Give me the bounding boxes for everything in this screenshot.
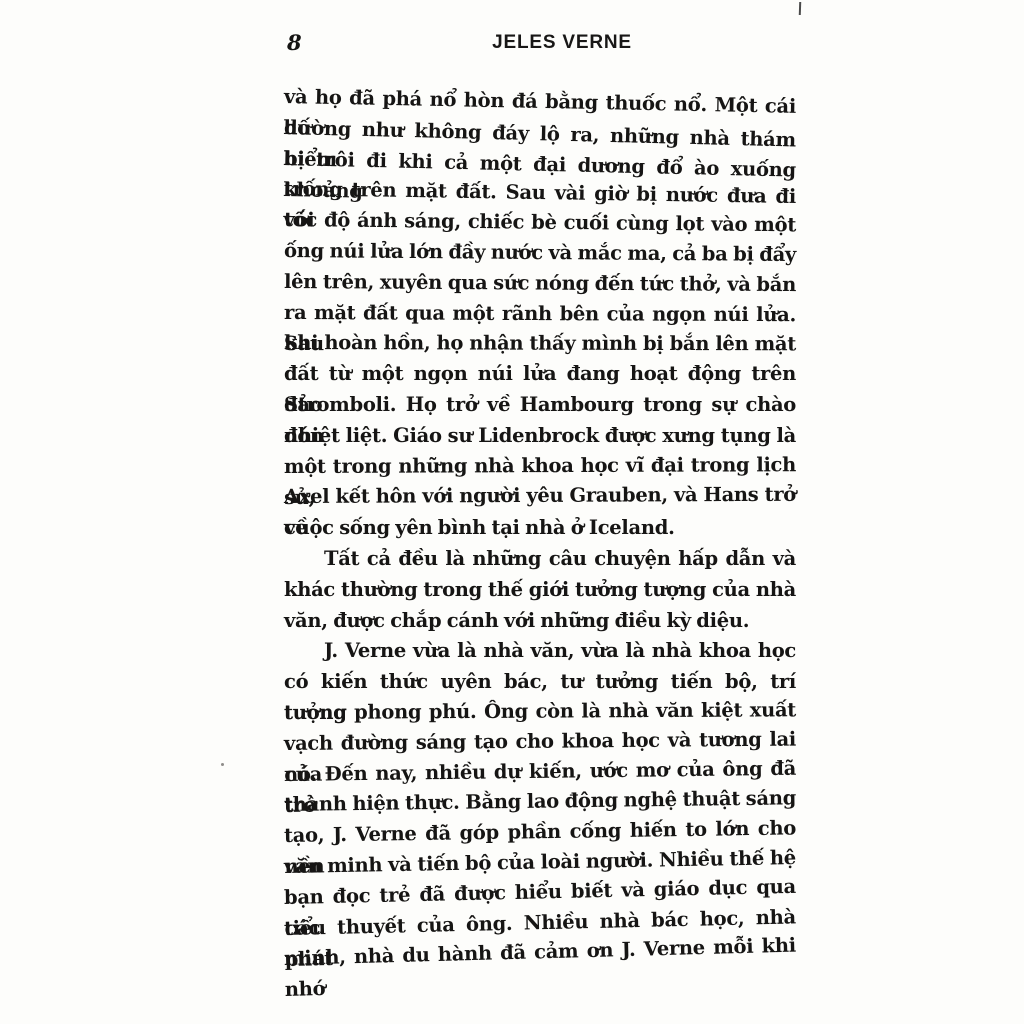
text-line: tượng phong phú. Ông còn là nhà văn kiệt… xyxy=(284,695,796,728)
text-line: khi hoàn hồn, họ nhận thấy mình bị bắn l… xyxy=(284,328,796,360)
text-line: ống núi lửa lớn đầy nước và mắc ma, cả b… xyxy=(284,236,796,271)
text-line: ra mặt đất qua một rãnh bên của ngọn núi… xyxy=(284,298,796,331)
text-line: có kiến thức uyên bác, tư tưởng tiến bộ,… xyxy=(284,667,796,698)
scan-artifact-mark xyxy=(799,2,801,15)
page-text-block: và họ đã phá nổ hòn đá bằng thuốc nổ. Mộ… xyxy=(284,82,796,975)
text-line: một trong những nhà khoa học vĩ đại tron… xyxy=(284,450,796,483)
scan-speck xyxy=(221,763,224,766)
text-line: Tất cả đều là những câu chuyện hấp dẫn v… xyxy=(284,544,796,575)
text-line: Stromboli. Họ trở về Hambourg trong sự c… xyxy=(284,390,796,421)
text-line: cuộc sống yên bình tại nhà ở Iceland. xyxy=(284,513,796,544)
book-page-scan: 8 JELES VERNE và họ đã phá nổ hòn đá bằn… xyxy=(0,0,1024,1024)
text-line: lên trên, xuyên qua sức nóng đến tức thở… xyxy=(284,267,796,301)
text-line: nhiệt liệt. Giáo sư Lidenbrock được xưng… xyxy=(284,421,796,452)
page-header: 8 JELES VERNE xyxy=(0,28,1024,58)
text-line: đất từ một ngọn núi lửa đang hoạt động t… xyxy=(284,359,796,390)
text-line: Axel kết hôn với người yêu Grauben, và H… xyxy=(284,480,796,513)
text-line: J. Verne vừa là nhà văn, vừa là nhà khoa… xyxy=(284,636,796,667)
page-number: 8 xyxy=(287,30,302,55)
text-line: văn, được chắp cánh với những điều kỳ di… xyxy=(284,606,796,637)
text-line: khác thường trong thế giới tưởng tượng c… xyxy=(284,575,796,606)
running-header: JELES VERNE xyxy=(412,32,712,54)
